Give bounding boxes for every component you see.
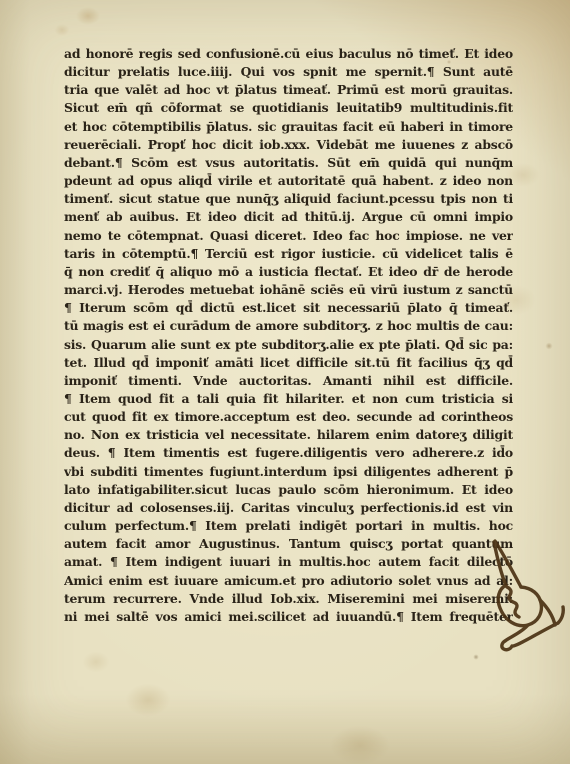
text-line-29: amat. ¶ Item indigent iuuari in multis.h… (64, 553, 513, 571)
text-line-22: no. Non ex tristicia vel necessitate. hi… (64, 426, 513, 444)
text-line-28: autem facit amor Augustinus. Tantum quis… (64, 535, 513, 553)
text-line-27: culum perfectum.¶ Item prelati indigēt p… (64, 517, 513, 535)
text-line-2: dicitur prelatis luce.iiij. Qui vos spni… (64, 63, 513, 81)
text-line-1: ad honorē regis sed confusionē.cū eius b… (64, 45, 513, 63)
text-line-10: menť ab auibus. Et ideo dicit ad thitū.i… (64, 208, 513, 226)
text-line-21: cut quod fit ex timore.acceptum est deo.… (64, 408, 513, 426)
text-line-15: ¶ Iterum scōm qd̄ dictū est.licet sit ne… (64, 299, 513, 317)
text-line-26: dicitur ad colosenses.iij. Caritas vincu… (64, 499, 513, 517)
text-line-24: vbi subditi timentes fugiunt.interdum ip… (64, 463, 513, 481)
text-line-19: imponiť timenti. Vnde auctoritas. Amanti… (64, 372, 513, 390)
text-block: ad honorē regis sed confusionē.cū eius b… (64, 45, 513, 630)
manicule-strokes (494, 541, 563, 650)
text-line-13: q̄ non crediť q̄ aliquo mō a iusticia fl… (64, 263, 513, 281)
text-line-25: lato infatigabiliter.sicut lucas paulo s… (64, 481, 513, 499)
text-line-4: Sicut em̄ qñ cōformat se quotidianis leu… (64, 99, 513, 117)
text-line-11: nemo te cōtempnat. Quasi diceret. Ideo f… (64, 227, 513, 245)
text-line-12: taris in cōtemptū.¶ Terciū est rigor ius… (64, 245, 513, 263)
text-line-23: deus. ¶ Item timentis est fugere.diligen… (64, 444, 513, 462)
text-line-18: tet. Illud qd̄ imponiť amāti licet diffi… (64, 354, 513, 372)
text-line-6: reuerēciali. Propť hoc dicit iob.xxx. Vi… (64, 136, 513, 154)
manicule-pointing-hand-icon (474, 530, 570, 656)
text-line-32: ni mei saltē vos amici mei.scilicet ad i… (64, 608, 513, 626)
book-page: ad honorē regis sed confusionē.cū eius b… (0, 0, 570, 764)
text-line-5: et hoc cōtemptibilis p̄latus. sic grauit… (64, 118, 513, 136)
text-line-31: terum recurrere. Vnde illud Iob.xix. Mis… (64, 590, 513, 608)
text-line-14: marci.vj. Herodes metuebat iohānē sciēs … (64, 281, 513, 299)
text-line-7: debant.¶ Scōm est vsus autoritatis. Sūt … (64, 154, 513, 172)
text-line-30: Amici enim est iuuare amicum.et pro adiu… (64, 572, 513, 590)
text-line-9: timenť. sicut statue que nunq̄ʒ aliquid … (64, 190, 513, 208)
text-line-8: pdeunt ad opus aliqd̄ virile et autorita… (64, 172, 513, 190)
text-line-16: tū magis est ei curādum de amore subdito… (64, 317, 513, 335)
text-line-3: tria que valēt ad hoc vt p̄latus timeať.… (64, 81, 513, 99)
text-line-17: sis. Quarum alie sunt ex pte subditorʒ.a… (64, 336, 513, 354)
text-line-20: ¶ Item quod fit a tali quia fit hilarite… (64, 390, 513, 408)
